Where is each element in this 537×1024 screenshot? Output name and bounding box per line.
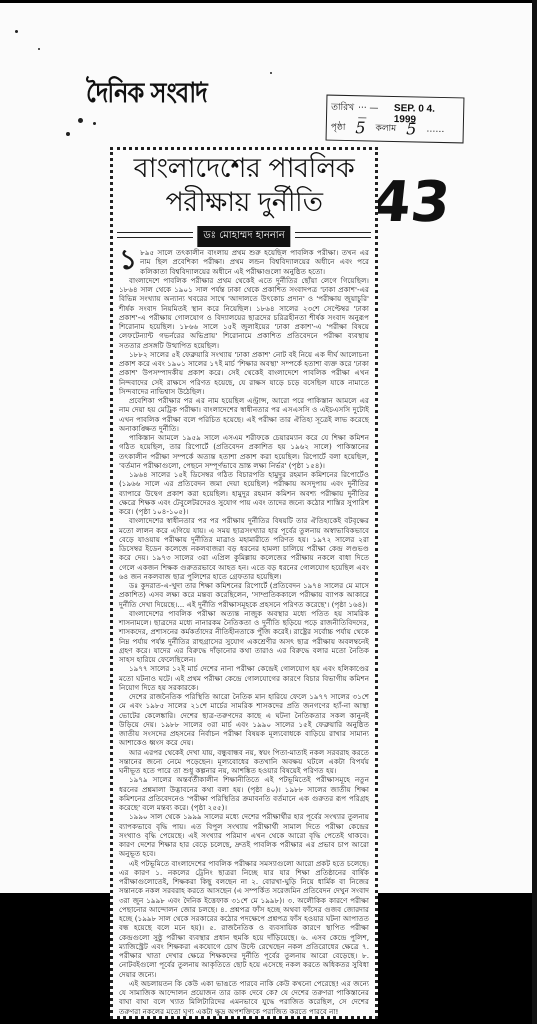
article-paragraph: এই পটভূমিতে বাংলাদেশের পাবলিক পরীক্ষার স… <box>119 859 369 979</box>
article-paragraph: দেশের রাজনৈতিক পরিস্থিতি আরো নৈতিক মান হ… <box>119 692 369 748</box>
scan-black-margin-left <box>0 893 108 1024</box>
stamp-column-value: 5 <box>406 119 417 138</box>
article-paragraph: ১৯৯০ সাল থেকে ১৯৯৯ সালের মধ্যে দেশের পরী… <box>119 812 369 858</box>
scan-black-margin-right <box>382 893 537 1024</box>
stamp-page-value: 5 <box>355 118 366 137</box>
article-paragraph: ১৯৭৯ সালের অন্তর্বর্তীকালীন শিক্ষানীতিতে… <box>119 775 369 812</box>
article-clipping: বাংলাদেশের পাবলিক পরীক্ষায় দুর্নীতি ডঃ … <box>110 147 378 1019</box>
article-paragraph: বাংলাদেশের স্বাধীনতার পর পর পরীক্ষায় দু… <box>119 516 369 581</box>
archive-date-stamp: তারিখ ··· — — SEP. 0 4. 1999 পৃষ্ঠা 5 কল… <box>326 95 465 144</box>
article-paragraph: ১৯৬৪ সালের ১৫ই ডিসেম্বর গঠিত বিচারপতি হা… <box>119 470 369 516</box>
article-paragraph: আর এরপর থেকেই দেখা যায়, বন্ধুবান্ধব নয়… <box>119 748 369 776</box>
article-body: ১৮৯৫ সালে তৎকালীন বাংলায় প্রথম শুরু হয়… <box>113 246 375 1016</box>
article-title-line-1: বাংলাদেশের পাবলিক <box>113 152 375 186</box>
article-paragraph: বাংলাদেশের পাবলিক পরীক্ষা অত্যন্ত নাজুক … <box>119 609 369 665</box>
article-paragraph: ডঃ কুদরাত-এ-খুদা তার শিক্ষা কমিশনের রিপো… <box>119 581 369 609</box>
article-paragraph: ১৮৮২ সালের ৫ই ফেব্রুয়ারি সংখ্যায় 'ঢাকা… <box>119 350 369 396</box>
article-paragraph: এই অচলায়তন কি কেউ একা ভাঙতে পারবে নাকি … <box>119 979 369 1016</box>
scan-page-edge <box>532 0 537 1024</box>
article-title-line-2: পরীক্ষায় দুর্নীতি <box>113 186 375 220</box>
newspaper-masthead: দৈনিক সংবাদ <box>86 72 207 118</box>
article-paragraph: ১৯৭৭ সালের ১২ই মার্চ দেশের নানা পরীক্ষা … <box>119 664 369 692</box>
stamp-page-label: পৃষ্ঠা <box>331 120 346 135</box>
article-paragraph: পাকিস্তান আমলে ১৯৫৯ সালে এসএম শরীফকে চেয… <box>119 433 369 470</box>
byline-bar: ডঃ মোহাম্মদ হাননান <box>117 226 371 242</box>
handwritten-number: 43 <box>369 170 454 235</box>
author-byline: ডঃ মোহাম্মদ হাননান <box>197 226 290 247</box>
article-paragraph: ১৮৯৫ সালে তৎকালীন বাংলায় প্রথম শুরু হয়… <box>119 248 369 276</box>
drop-cap: ১ <box>119 248 137 272</box>
stamp-date-label: তারিখ <box>331 100 354 115</box>
stamp-column-label: কলাম <box>375 121 396 136</box>
article-paragraph: প্রবেশিকা পরীক্ষার পর এর নাম হয়েছিল এন্… <box>119 396 369 433</box>
article-title: বাংলাদেশের পাবলিক পরীক্ষায় দুর্নীতি <box>113 152 375 220</box>
article-paragraph: বাংলাদেশে পাবলিক পরীক্ষার প্রথম থেকেই এত… <box>119 276 369 350</box>
